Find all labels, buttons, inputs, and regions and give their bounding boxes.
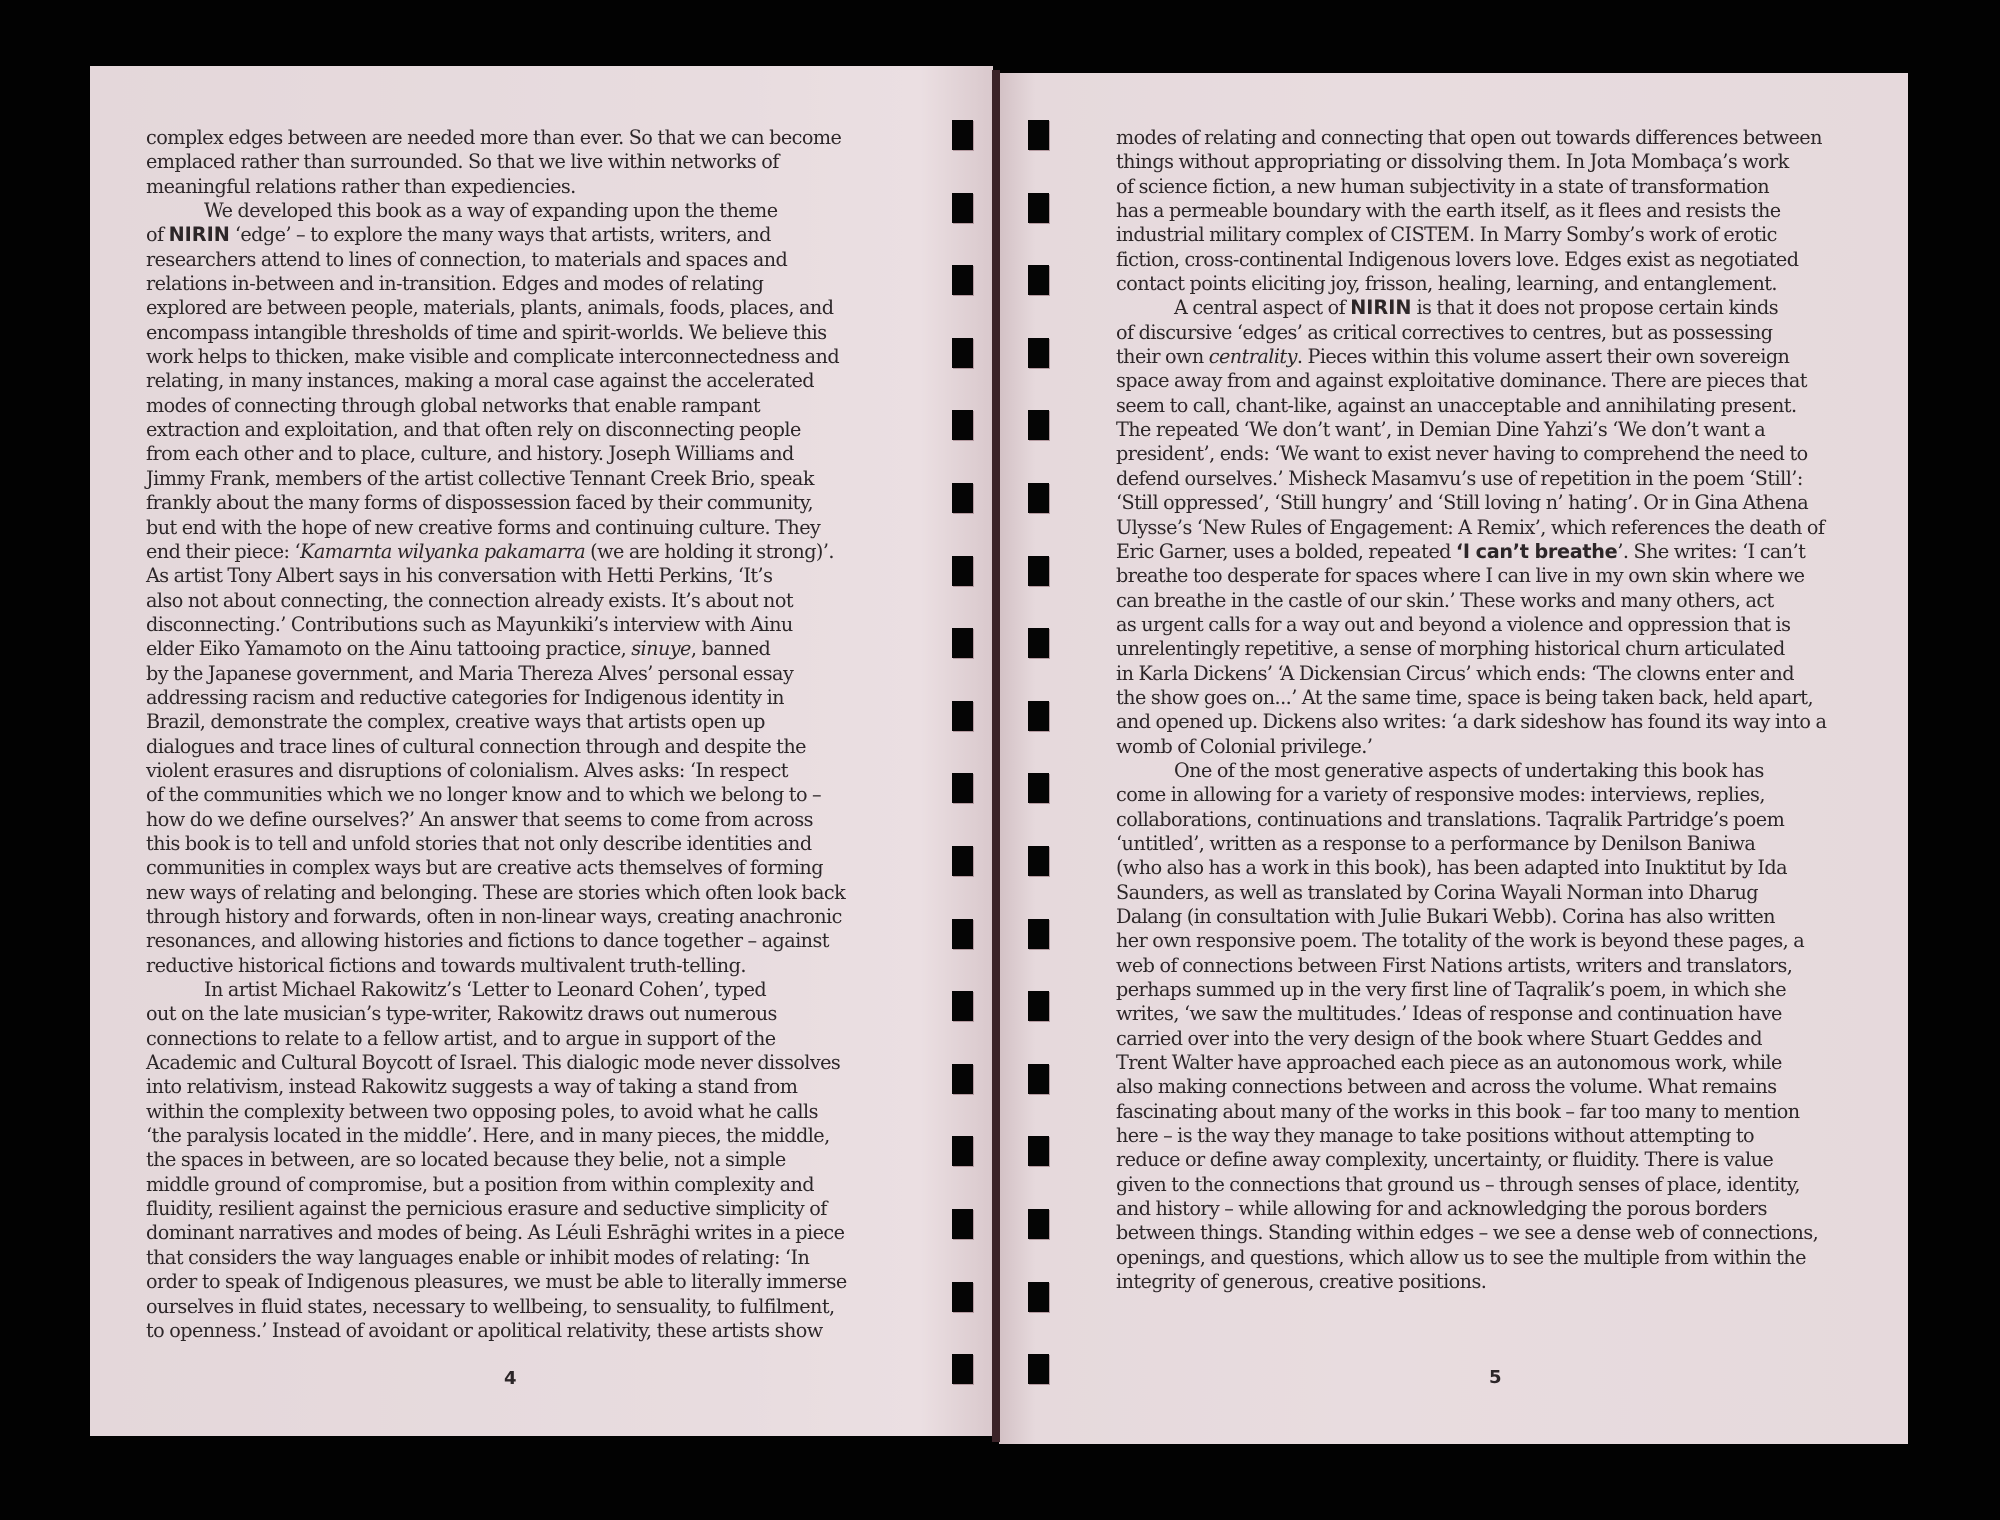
text-run: relations in-between and in-transition. … [146,272,763,295]
text-line: One of the most generative aspects of un… [1116,759,1866,783]
text-line: new ways of relating and belonging. Thes… [146,881,891,905]
text-line: of the communities which we no longer kn… [146,783,891,807]
bold-quote: ‘I can’t breathe [1456,540,1617,563]
text-run: ‘Still oppressed’, ‘Still hungry’ and ‘S… [1116,491,1808,514]
text-run: ’. She writes: ‘I can’t [1617,540,1805,563]
text-line: ‘Still oppressed’, ‘Still hungry’ and ‘S… [1116,491,1866,515]
text-run: and history – while allowing for and ack… [1116,1197,1767,1220]
text-line: contact points eliciting joy, frisson, h… [1116,272,1866,296]
italic-text: sinuye [631,637,691,660]
text-line: president’, ends: ‘We want to exist neve… [1116,442,1866,466]
text-run: emplaced rather than surrounded. So that… [146,150,779,173]
text-run: come in allowing for a variety of respon… [1116,783,1765,806]
text-line: this book is to tell and unfold stories … [146,832,891,856]
binding-hole-left [952,410,973,440]
binding-hole-right [1028,1209,1049,1239]
text-line: but end with the hope of new creative fo… [146,516,891,540]
text-line: extraction and exploitation, and that of… [146,418,891,442]
binding-hole-left [952,1282,973,1312]
page-number-left: 4 [504,1368,517,1389]
text-line: explored are between people, materials, … [146,296,891,320]
text-run: as urgent calls for a way out and beyond… [1116,613,1790,636]
page-number-right: 5 [1489,1367,1502,1388]
text-line: of NIRIN ‘edge’ – to explore the many wa… [146,223,891,247]
binding-hole-left [952,919,973,949]
text-line: that considers the way languages enable … [146,1246,891,1270]
text-run: of science fiction, a new human subjecti… [1116,175,1769,198]
text-run: dialogues and trace lines of cultural co… [146,735,806,758]
text-run: unrelentingly repetitive, a sense of mor… [1116,637,1785,660]
text-run: her own responsive poem. The totality of… [1116,929,1804,952]
text-run: , banned [691,637,770,660]
text-line: addressing racism and reductive categori… [146,686,891,710]
text-line: come in allowing for a variety of respon… [1116,783,1866,807]
right-page: modes of relating and connecting that op… [999,73,1908,1444]
text-run: fiction, cross-continental Indigenous lo… [1116,248,1798,271]
italic-text: centrality [1209,345,1297,368]
text-run: womb of Colonial privilege.’ [1116,735,1372,758]
text-run: work helps to thicken, make visible and … [146,345,839,368]
text-run: given to the connections that ground us … [1116,1173,1800,1196]
text-run: meaningful relations rather than expedie… [146,175,576,198]
text-run: middle ground of compromise, but a posit… [146,1173,814,1196]
text-line: relations in-between and in-transition. … [146,272,891,296]
text-run: fluidity, resilient against the pernicio… [146,1197,827,1220]
text-run: to openness.’ Instead of avoidant or apo… [146,1319,823,1342]
text-line: collaborations, continuations and transl… [1116,808,1866,832]
text-line: Eric Garner, uses a bolded, repeated ‘I … [1116,540,1866,564]
text-line: dominant narratives and modes of being. … [146,1221,891,1245]
text-line: complex edges between are needed more th… [146,126,891,150]
text-line: dialogues and trace lines of cultural co… [146,735,891,759]
text-run: extraction and exploitation, and that of… [146,418,801,441]
text-run: connections to relate to a fellow artist… [146,1027,776,1050]
text-run: is that it does not propose certain kind… [1411,296,1778,319]
text-line: also not about connecting, the connectio… [146,589,891,613]
text-run: openings, and questions, which allow us … [1116,1246,1806,1269]
text-line: has a permeable boundary with the earth … [1116,199,1866,223]
text-line: integrity of generous, creative position… [1116,1270,1866,1294]
text-run: Saunders, as well as translated by Corin… [1116,881,1758,904]
text-run: encompass intangible thresholds of time … [146,321,827,344]
text-run: industrial military complex of CISTEM. I… [1116,223,1777,246]
text-run: ‘untitled’, written as a response to a p… [1116,832,1755,855]
binding-hole-left [952,1136,973,1166]
binding-hole-right [1028,483,1049,513]
binding-hole-right [1028,628,1049,658]
text-run: (who also has a work in this book), has … [1116,856,1787,879]
binding-hole-right [1028,846,1049,876]
text-line: Jimmy Frank, members of the artist colle… [146,467,891,491]
text-line: connections to relate to a fellow artist… [146,1027,891,1051]
text-run: breathe too desperate for spaces where I… [1116,564,1804,587]
text-run: the show goes on...’ At the same time, s… [1116,686,1813,709]
text-line: things without appropriating or dissolvi… [1116,150,1866,174]
text-line: As artist Tony Albert says in his conver… [146,564,891,588]
text-line: modes of relating and connecting that op… [1116,126,1866,150]
text-run: Academic and Cultural Boycott of Israel.… [146,1051,840,1074]
binding-hole-right [1028,701,1049,731]
text-run: that considers the way languages enable … [146,1246,809,1269]
text-run: writes, ‘we saw the multitudes.’ Ideas o… [1116,1002,1782,1025]
right-page-body-text: modes of relating and connecting that op… [1116,126,1866,1295]
text-run: can breathe in the castle of our skin.’ … [1116,589,1774,612]
text-run: addressing racism and reductive categori… [146,686,784,709]
text-line: from each other and to place, culture, a… [146,442,891,466]
binding-hole-left [952,338,973,368]
binding-hole-right [1028,120,1049,150]
text-run: of the communities which we no longer kn… [146,783,821,806]
text-line: reductive historical fictions and toward… [146,954,891,978]
text-line: researchers attend to lines of connectio… [146,248,891,272]
text-line: openings, and questions, which allow us … [1116,1246,1866,1270]
text-line: Academic and Cultural Boycott of Israel.… [146,1051,891,1075]
binding-hole-right [1028,556,1049,586]
left-page-body-text: complex edges between are needed more th… [146,126,891,1343]
binding-hole-right [1028,338,1049,368]
text-line: through history and forwards, often in n… [146,905,891,929]
text-run: integrity of generous, creative position… [1116,1270,1486,1293]
text-line: in Karla Dickens’ ‘A Dickensian Circus’ … [1116,662,1866,686]
text-run: out on the late musician’s type-writer, … [146,1002,777,1025]
text-line: Brazil, demonstrate the complex, creativ… [146,710,891,734]
text-line: and opened up. Dickens also writes: ‘a d… [1116,710,1866,734]
text-line: and history – while allowing for and ack… [1116,1197,1866,1221]
text-line: frankly about the many forms of disposse… [146,491,891,515]
text-run: ‘the paralysis located in the middle’. H… [146,1124,830,1147]
text-line: carried over into the very design of the… [1116,1027,1866,1051]
binding-hole-left [952,991,973,1021]
text-run: seem to call, chant-like, against an una… [1116,394,1797,417]
text-line: modes of connecting through global netwo… [146,394,891,418]
text-run: into relativism, instead Rakowitz sugges… [146,1075,797,1098]
text-run: space away from and against exploitative… [1116,369,1807,392]
binding-hole-left [952,556,973,586]
text-run: Eric Garner, uses a bolded, repeated [1116,540,1456,563]
text-line: middle ground of compromise, but a posit… [146,1173,891,1197]
text-line: Trent Walter have approached each piece … [1116,1051,1866,1075]
text-line: fiction, cross-continental Indigenous lo… [1116,248,1866,272]
text-line: A central aspect of NIRIN is that it doe… [1116,296,1866,320]
text-line: of science fiction, a new human subjecti… [1116,175,1866,199]
text-run: of discursive ‘edges’ as critical correc… [1116,321,1772,344]
text-run: frankly about the many forms of disposse… [146,491,813,514]
binding-hole-left [952,628,973,658]
text-line: given to the connections that ground us … [1116,1173,1866,1197]
text-line: womb of Colonial privilege.’ [1116,735,1866,759]
text-line: fluidity, resilient against the pernicio… [146,1197,891,1221]
text-run: Trent Walter have approached each piece … [1116,1051,1782,1074]
text-line: defend ourselves.’ Misheck Masamvu’s use… [1116,467,1866,491]
text-line: In artist Michael Rakowitz’s ‘Letter to … [146,978,891,1002]
text-run: researchers attend to lines of connectio… [146,248,787,271]
text-line: can breathe in the castle of our skin.’ … [1116,589,1866,613]
text-run: Brazil, demonstrate the complex, creativ… [146,710,765,733]
text-run: things without appropriating or dissolvi… [1116,150,1789,173]
text-run: ourselves in fluid states, necessary to … [146,1295,835,1318]
text-line: reduce or define away complexity, uncert… [1116,1148,1866,1172]
text-run: this book is to tell and unfold stories … [146,832,812,855]
text-line: also making connections between and acro… [1116,1075,1866,1099]
text-line: Saunders, as well as translated by Corin… [1116,881,1866,905]
text-run: president’, ends: ‘We want to exist neve… [1116,442,1808,465]
text-line: their own centrality. Pieces within this… [1116,345,1866,369]
binding-hole-right [1028,193,1049,223]
binding-hole-right [1028,1354,1049,1384]
left-page: complex edges between are needed more th… [90,66,993,1436]
text-run: violent erasures and disruptions of colo… [146,759,788,782]
binding-hole-left [952,773,973,803]
text-line: Ulysse’s ‘New Rules of Engagement: A Rem… [1116,516,1866,540]
text-line: unrelentingly repetitive, a sense of mor… [1116,637,1866,661]
text-run: communities in complex ways but are crea… [146,856,823,879]
text-line: perhaps summed up in the very first line… [1116,978,1866,1002]
text-run: In artist Michael Rakowitz’s ‘Letter to … [204,978,766,1001]
text-run: also not about connecting, the connectio… [146,589,793,612]
text-line: Dalang (in consultation with Julie Bukar… [1116,905,1866,929]
binding-hole-left [952,483,973,513]
text-line: communities in complex ways but are crea… [146,856,891,880]
binding-hole-left [952,193,973,223]
text-line: end their piece: ‘Kamarnta wilyanka paka… [146,540,891,564]
binding-hole-right [1028,991,1049,1021]
binding-hole-left [952,846,973,876]
text-run: in Karla Dickens’ ‘A Dickensian Circus’ … [1116,662,1794,685]
text-line: by the Japanese government, and Maria Th… [146,662,891,686]
text-run: has a permeable boundary with the earth … [1116,199,1781,222]
binding-hole-right [1028,1282,1049,1312]
binding-hole-left [952,1064,973,1094]
text-run: also making connections between and acro… [1116,1075,1776,1098]
text-line: between things. Standing within edges – … [1116,1221,1866,1245]
text-run: their own [1116,345,1209,368]
text-run: Dalang (in consultation with Julie Bukar… [1116,905,1775,928]
text-line: industrial military complex of CISTEM. I… [1116,223,1866,247]
text-line: meaningful relations rather than expedie… [146,175,891,199]
binding-hole-right [1028,265,1049,295]
binding-hole-left [952,701,973,731]
text-run: how do we define ourselves?’ An answer t… [146,808,813,831]
book-gutter-spine [992,70,1000,1442]
text-run: (we are holding it strong)’. [585,540,834,563]
text-run: A central aspect of [1174,296,1350,319]
text-line: writes, ‘we saw the multitudes.’ Ideas o… [1116,1002,1866,1026]
text-run: One of the most generative aspects of un… [1174,759,1764,782]
text-line: web of connections between First Nations… [1116,954,1866,978]
text-run: defend ourselves.’ Misheck Masamvu’s use… [1116,467,1803,490]
text-run: dominant narratives and modes of being. … [146,1221,844,1244]
text-line: fascinating about many of the works in t… [1116,1100,1866,1124]
text-run: perhaps summed up in the very first line… [1116,978,1786,1001]
text-line: as urgent calls for a way out and beyond… [1116,613,1866,637]
text-run: web of connections between First Nations… [1116,954,1792,977]
text-run: reductive historical fictions and toward… [146,954,746,977]
text-run: relating, in many instances, making a mo… [146,369,814,392]
text-run: disconnecting.’ Contributions such as Ma… [146,613,793,636]
text-run: of [146,223,169,246]
text-line: We developed this book as a way of expan… [146,199,891,223]
binding-hole-right [1028,410,1049,440]
text-run: explored are between people, materials, … [146,296,833,319]
text-line: ‘untitled’, written as a response to a p… [1116,832,1866,856]
text-run: contact points eliciting joy, frisson, h… [1116,272,1777,295]
binding-hole-right [1028,919,1049,949]
text-line: the spaces in between, are so located be… [146,1148,891,1172]
text-line: to openness.’ Instead of avoidant or apo… [146,1319,891,1343]
text-line: breathe too desperate for spaces where I… [1116,564,1866,588]
text-run: Jimmy Frank, members of the artist colle… [146,467,814,490]
binding-hole-left [952,1209,973,1239]
text-run: Ulysse’s ‘New Rules of Engagement: A Rem… [1116,516,1824,539]
text-run: new ways of relating and belonging. Thes… [146,881,845,904]
text-line: of discursive ‘edges’ as critical correc… [1116,321,1866,345]
text-line: elder Eiko Yamamoto on the Ainu tattooin… [146,637,891,661]
text-run: fascinating about many of the works in t… [1116,1100,1800,1123]
text-run: the spaces in between, are so located be… [146,1148,786,1171]
text-run: from each other and to place, culture, a… [146,442,794,465]
text-run: within the complexity between two opposi… [146,1100,818,1123]
text-line: out on the late musician’s type-writer, … [146,1002,891,1026]
binding-hole-right [1028,1064,1049,1094]
text-run: We developed this book as a way of expan… [204,199,778,222]
text-line: emplaced rather than surrounded. So that… [146,150,891,174]
text-run: modes of relating and connecting that op… [1116,126,1822,149]
text-run: The repeated ‘We don’t want’, in Demian … [1116,418,1765,441]
text-line: her own responsive poem. The totality of… [1116,929,1866,953]
text-run: . Pieces within this volume assert their… [1297,345,1790,368]
binding-hole-right [1028,1136,1049,1166]
text-line: order to speak of Indigenous pleasures, … [146,1270,891,1294]
text-run: reduce or define away complexity, uncert… [1116,1148,1773,1171]
text-line: into relativism, instead Rakowitz sugges… [146,1075,891,1099]
binding-hole-left [952,120,973,150]
text-line: violent erasures and disruptions of colo… [146,759,891,783]
text-line: The repeated ‘We don’t want’, in Demian … [1116,418,1866,442]
text-line: relating, in many instances, making a mo… [146,369,891,393]
text-run: collaborations, continuations and transl… [1116,808,1784,831]
text-line: resonances, and allowing histories and f… [146,929,891,953]
text-run: between things. Standing within edges – … [1116,1221,1818,1244]
text-line: (who also has a work in this book), has … [1116,856,1866,880]
text-line: how do we define ourselves?’ An answer t… [146,808,891,832]
text-run: resonances, and allowing histories and f… [146,929,829,952]
text-line: ‘the paralysis located in the middle’. H… [146,1124,891,1148]
text-line: the show goes on...’ At the same time, s… [1116,686,1866,710]
text-run: through history and forwards, often in n… [146,905,842,928]
nirin-wordmark: NIRIN [169,223,230,246]
text-run: ‘edge’ – to explore the many ways that a… [230,223,771,246]
text-line: encompass intangible thresholds of time … [146,321,891,345]
binding-hole-right [1028,773,1049,803]
binding-hole-left [952,265,973,295]
text-run: by the Japanese government, and Maria Th… [146,662,793,685]
text-run: but end with the hope of new creative fo… [146,516,820,539]
text-run: complex edges between are needed more th… [146,126,841,149]
text-run: order to speak of Indigenous pleasures, … [146,1270,847,1293]
text-run: here – is the way they manage to take po… [1116,1124,1754,1147]
text-line: work helps to thicken, make visible and … [146,345,891,369]
text-line: ourselves in fluid states, necessary to … [146,1295,891,1319]
italic-text: Kamarnta wilyanka pakamarra [300,540,585,563]
nirin-wordmark: NIRIN [1350,296,1411,319]
text-run: elder Eiko Yamamoto on the Ainu tattooin… [146,637,631,660]
binding-hole-left [952,1354,973,1384]
text-run: carried over into the very design of the… [1116,1027,1762,1050]
text-line: here – is the way they manage to take po… [1116,1124,1866,1148]
text-line: within the complexity between two opposi… [146,1100,891,1124]
text-line: space away from and against exploitative… [1116,369,1866,393]
text-run: and opened up. Dickens also writes: ‘a d… [1116,710,1826,733]
text-line: seem to call, chant-like, against an una… [1116,394,1866,418]
text-line: disconnecting.’ Contributions such as Ma… [146,613,891,637]
text-run: end their piece: ‘ [146,540,300,563]
text-run: As artist Tony Albert says in his conver… [146,564,772,587]
text-run: modes of connecting through global netwo… [146,394,760,417]
